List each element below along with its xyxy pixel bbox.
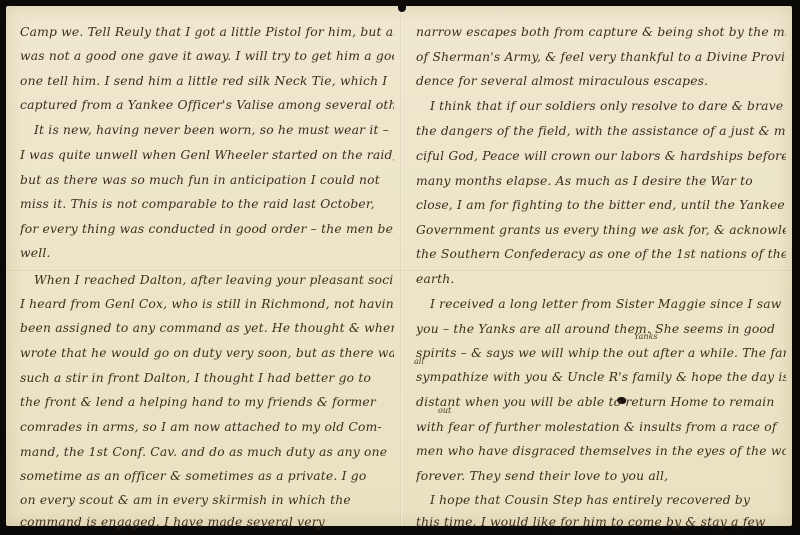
letter-line: such a stir in front Dalton, I thought I…: [20, 370, 394, 386]
letter-line: the front & lend a helping hand to my fr…: [20, 394, 394, 410]
letter-line: comrades in arms, so I am now attached t…: [20, 419, 394, 435]
letter-line: of Sherman's Army, & feel very thankful …: [416, 49, 786, 65]
letter-line: men who have disgraced themselves in the…: [416, 443, 786, 459]
letter-line: dence for several almost miraculous esca…: [416, 73, 786, 89]
letter-line: I think that if our soldiers only resolv…: [416, 98, 786, 114]
letter-line: It is new, having never been worn, so he…: [20, 122, 394, 138]
letter-line: this time. I would like for him to come …: [416, 514, 786, 530]
letter-line: command is engaged. I have made several …: [20, 514, 394, 530]
letter-line: distant when you will be able to return …: [416, 394, 786, 410]
interlinear-insertion: all: [414, 357, 424, 366]
interlinear-insertion: Yanks: [634, 332, 658, 341]
letter-line: wrote that he would go on duty very soon…: [20, 345, 394, 361]
letter-line: I received a long letter from Sister Mag…: [416, 296, 786, 312]
letter-line: narrow escapes both from capture & being…: [416, 24, 786, 40]
letter-line: the dangers of the field, with the assis…: [416, 123, 786, 139]
letter-line: I hope that Cousin Step has entirely rec…: [416, 492, 786, 508]
letter-line: on every scout & am in every skirmish in…: [20, 492, 394, 508]
letter-line: mand, the 1st Conf. Cav. and do as much …: [20, 444, 394, 460]
letter-line: but as there was so much fun in anticipa…: [20, 172, 394, 188]
paper-sheet: Camp we. Tell Reuly that I got a little …: [6, 6, 792, 526]
letter-line: with fear of further molestation & insul…: [416, 419, 786, 435]
letter-line: ciful God, Peace will crown our labors &…: [416, 148, 786, 164]
letter-line: captured from a Yankee Officer's Valise …: [20, 97, 394, 113]
letter-line: the Southern Confederacy as one of the 1…: [416, 246, 786, 262]
letter-line: miss it. This is not comparable to the r…: [20, 196, 394, 212]
scanned-letter: Camp we. Tell Reuly that I got a little …: [0, 0, 800, 535]
left-page: Camp we. Tell Reuly that I got a little …: [6, 6, 400, 526]
letter-line: Camp we. Tell Reuly that I got a little …: [20, 24, 394, 40]
letter-line: for every thing was conducted in good or…: [20, 221, 394, 237]
letter-line: close, I am for fighting to the bitter e…: [416, 197, 786, 213]
letter-line: one tell him. I send him a little red si…: [20, 73, 394, 89]
letter-line: been assigned to any command as yet. He …: [20, 320, 394, 336]
letter-line: sympathize with you & Uncle R's family &…: [416, 369, 786, 385]
letter-line: I heard from Genl Cox, who is still in R…: [20, 296, 394, 312]
right-page: narrow escapes both from capture & being…: [402, 6, 792, 526]
interlinear-insertion: out: [438, 406, 451, 415]
letter-line: spirits – & says we will whip the out af…: [416, 345, 786, 361]
letter-line: you – the Yanks are all around them. She…: [416, 321, 786, 337]
letter-line: sometime as an officer & sometimes as a …: [20, 468, 394, 484]
letter-line: I was quite unwell when Genl Wheeler sta…: [20, 147, 394, 163]
letter-line: When I reached Dalton, after leaving you…: [20, 272, 394, 288]
letter-line: Government grants us every thing we ask …: [416, 222, 786, 238]
letter-line: earth.: [416, 271, 786, 287]
letter-line: many months elapse. As much as I desire …: [416, 173, 786, 189]
letter-line: forever. They send their love to you all…: [416, 468, 786, 484]
letter-line: was not a good one gave it away. I will …: [20, 48, 394, 64]
letter-line: well.: [20, 245, 394, 261]
